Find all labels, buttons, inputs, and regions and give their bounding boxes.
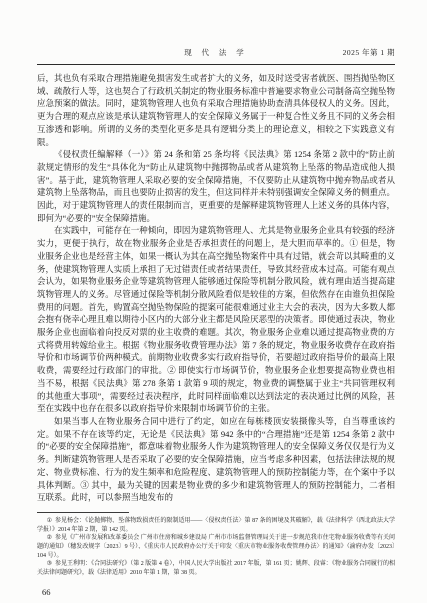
body-paragraph: 《侵权责任编解释（一）》第 24 条和第 25 条均将《民法典》第 1254 条… [37, 148, 395, 224]
issue-label: 2025 年第 1 期 [343, 47, 395, 58]
article-body: 后，其也负有采取合理措施避免损害发生或者扩大的义务，如及时送受害者就医、围挡抛坠… [37, 72, 395, 504]
body-paragraph: 在实践中，可能存在一种倾向，即因为建筑物管理人、尤其是物业服务企业具有较强的经济… [37, 224, 395, 415]
journal-page: 现 代 法 学 2025 年第 1 期 后，其也负有采取合理措施避免损害发生或者… [0, 0, 427, 603]
footnote-marker: ③ [47, 561, 52, 567]
page-header: 现 代 法 学 2025 年第 1 期 [37, 47, 395, 58]
header-rule [37, 64, 395, 65]
footnote-item: ③参见王利明：《合同法研究》（第 2 版第 4 卷），中国人民大学出版社 201… [37, 560, 395, 577]
footnote-item: ①参见杨会：《论抛掷物、坠落物致损责任的限制适用——〈侵权责任法〉第 87 条的… [37, 517, 395, 534]
footnote-marker: ① [47, 518, 52, 524]
page-number: 66 [37, 587, 395, 597]
body-paragraph: 如果当事人在物业服务合同中进行了约定，如应在每栋楼顶安装摄像头等，自当尊重该约定… [37, 415, 395, 504]
footnote-text: 参见《广州市发展和改革委员会 广州市住房和城乡建设局 广州市市场监督管理局关于进… [37, 535, 395, 558]
footnote-text: 参见杨会：《论抛掷物、坠落物致损责任的限制适用——〈侵权责任法〉第 87 条的困… [37, 518, 395, 533]
footnote-marker: ② [47, 535, 52, 541]
body-paragraph-continuation: 后，其也负有采取合理措施避免损害发生或者扩大的义务，如及时送受害者就医、围挡抛坠… [37, 72, 395, 148]
journal-title: 现 代 法 学 [184, 47, 248, 58]
footnote-separator [37, 512, 129, 513]
footnote-item: ②参见《广州市发展和改革委员会 广州市住房和城乡建设局 广州市市场监督管理局关于… [37, 534, 395, 560]
footnote-text: 参见王利明：《合同法研究》（第 2 版第 4 卷），中国人民大学出版社 2017… [37, 561, 395, 576]
footnotes-section: ①参见杨会：《论抛掷物、坠落物致损责任的限制适用——〈侵权责任法〉第 87 条的… [37, 517, 395, 578]
